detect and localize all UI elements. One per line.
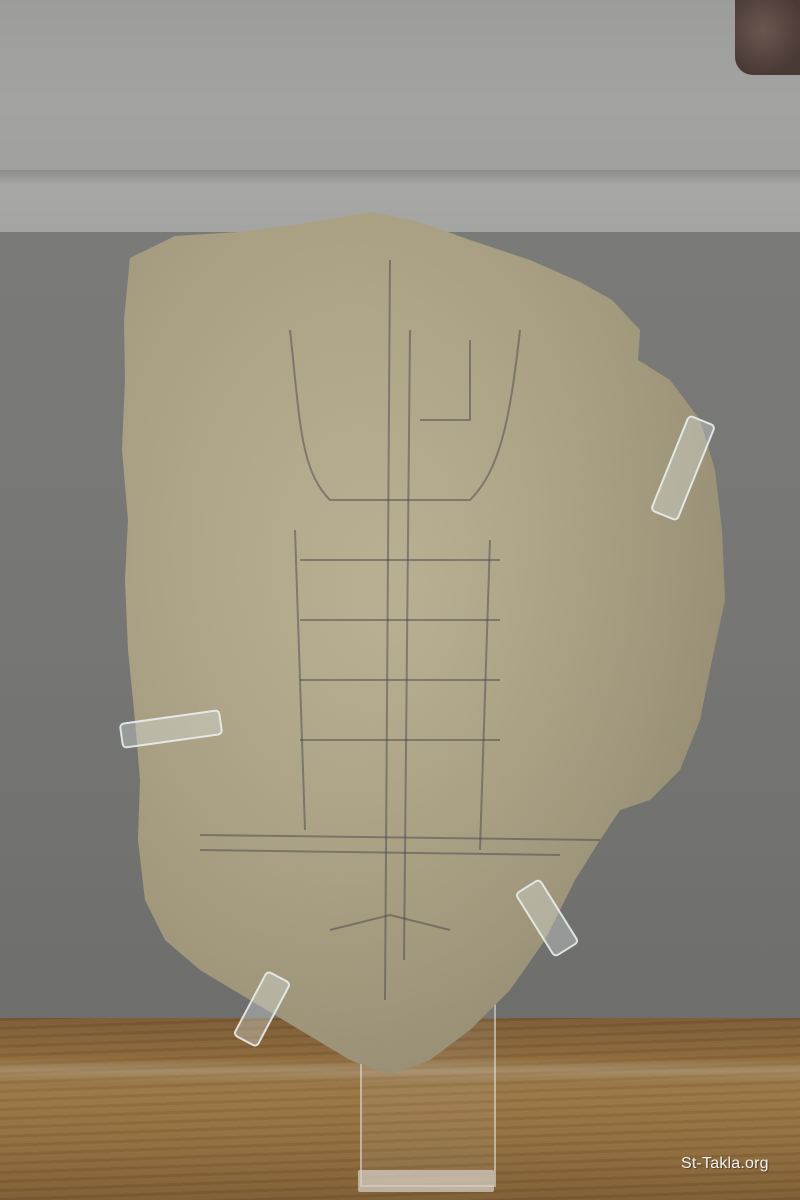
- ostracon: [0, 0, 800, 1200]
- watermark: St-Takla.org: [681, 1155, 769, 1173]
